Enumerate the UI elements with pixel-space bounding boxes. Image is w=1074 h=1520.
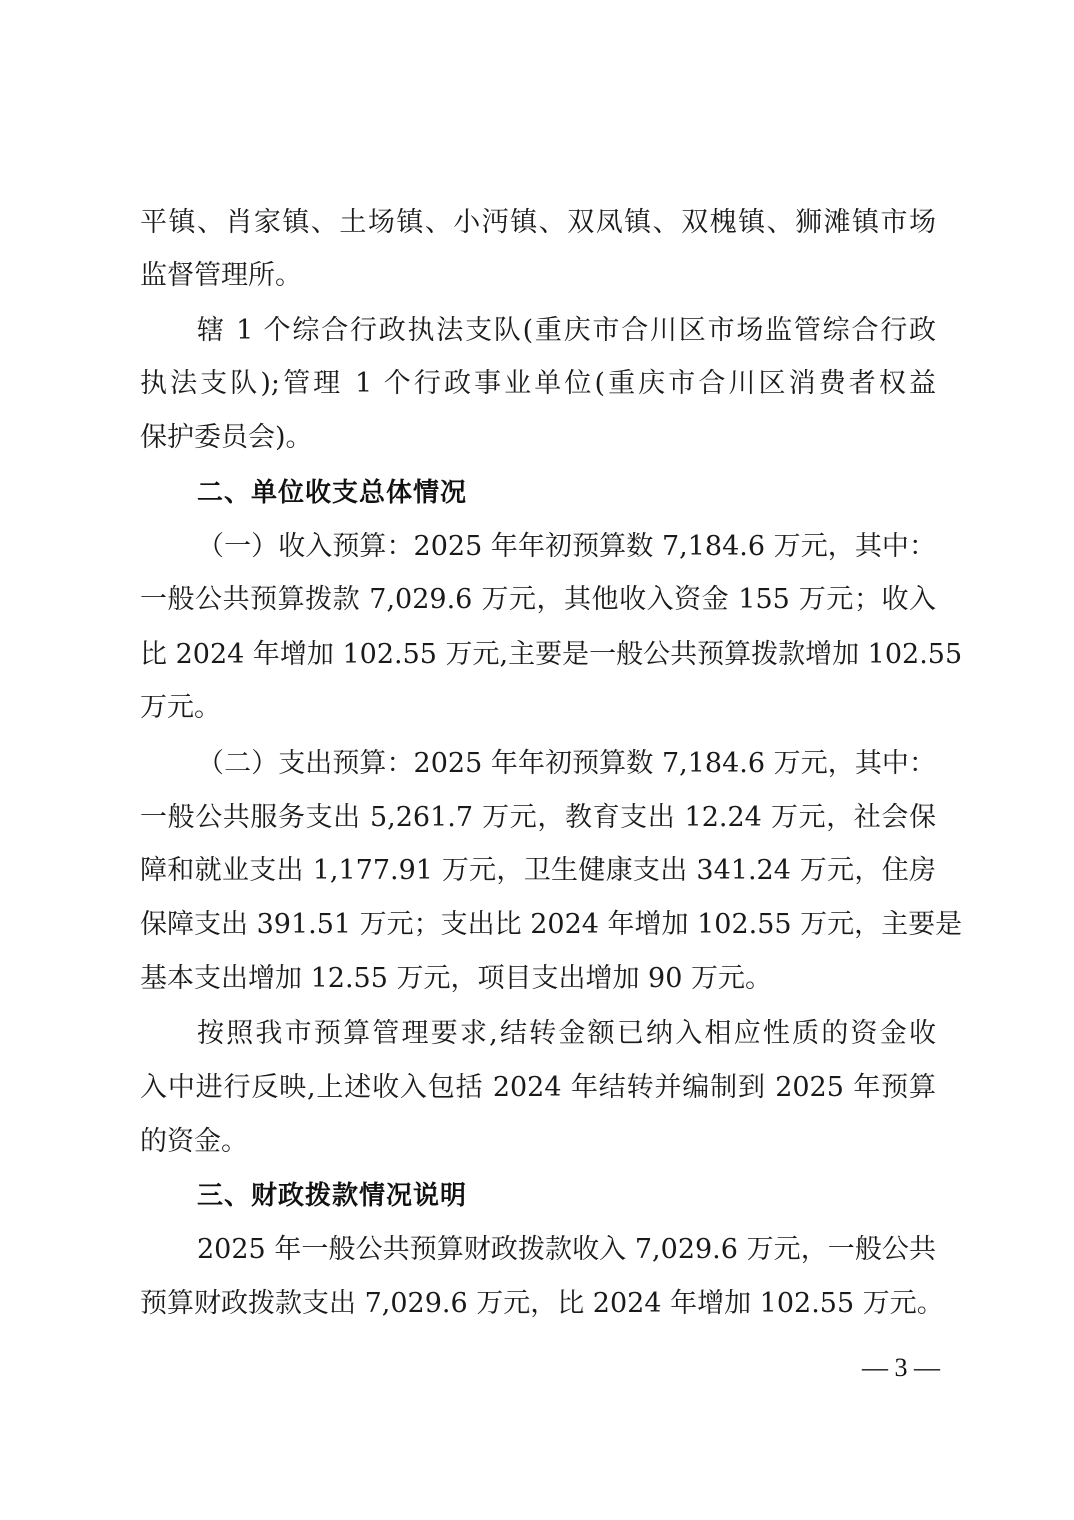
paragraph-line: 的资金。 [140, 1124, 936, 1160]
paragraph-line: 一般公共服务支出 5,261.7 万元，教育支出 12.24 万元，社会保 [140, 800, 936, 836]
paragraph-line: 万元。 [140, 690, 936, 726]
paragraph-line: 预算财政拨款支出 7,029.6 万元，比 2024 年增加 102.55 万元… [140, 1286, 936, 1322]
paragraph-line: 执法支队);管理 1 个行政事业单位(重庆市合川区消费者权益 [140, 366, 936, 402]
paragraph-line: 障和就业支出 1,177.91 万元，卫生健康支出 341.24 万元，住房 [140, 853, 936, 889]
document-page: 平镇、肖家镇、土场镇、小沔镇、双凤镇、双槐镇、狮滩镇市场 监督管理所。 辖 1 … [0, 0, 1074, 1520]
paragraph-line: 一般公共预算拨款 7,029.6 万元，其他收入资金 155 万元；收入 [140, 582, 936, 618]
paragraph-line: 基本支出增加 12.55 万元，项目支出增加 90 万元。 [140, 961, 936, 997]
section-heading-overall-income-expenditure: 二、单位收支总体情况 [197, 475, 467, 511]
paragraph-line: 入中进行反映,上述收入包括 2024 年结转并编制到 2025 年预算 [140, 1070, 936, 1106]
paragraph-line: 保障支出 391.51 万元；支出比 2024 年增加 102.55 万元，主要… [140, 907, 936, 943]
paragraph-line: （二）支出预算：2025 年年初预算数 7,184.6 万元，其中： [197, 746, 936, 782]
paragraph-line: 监督管理所。 [140, 258, 936, 294]
paragraph-line: 保护委员会)。 [140, 420, 936, 456]
paragraph-line: （一）收入预算：2025 年年初预算数 7,184.6 万元，其中： [197, 529, 936, 565]
page-number: — 3 — [862, 1350, 940, 1386]
section-heading-fiscal-appropriation: 三、财政拨款情况说明 [197, 1178, 467, 1214]
paragraph-line: 比 2024 年增加 102.55 万元,主要是一般公共预算拨款增加 102.5… [140, 637, 936, 673]
paragraph-line: 2025 年一般公共预算财政拨款收入 7,029.6 万元，一般公共 [197, 1232, 936, 1268]
paragraph-line: 平镇、肖家镇、土场镇、小沔镇、双凤镇、双槐镇、狮滩镇市场 [140, 205, 936, 241]
paragraph-line: 辖 1 个综合行政执法支队(重庆市合川区市场监管综合行政 [197, 313, 936, 349]
paragraph-line: 按照我市预算管理要求,结转金额已纳入相应性质的资金收 [197, 1016, 936, 1052]
